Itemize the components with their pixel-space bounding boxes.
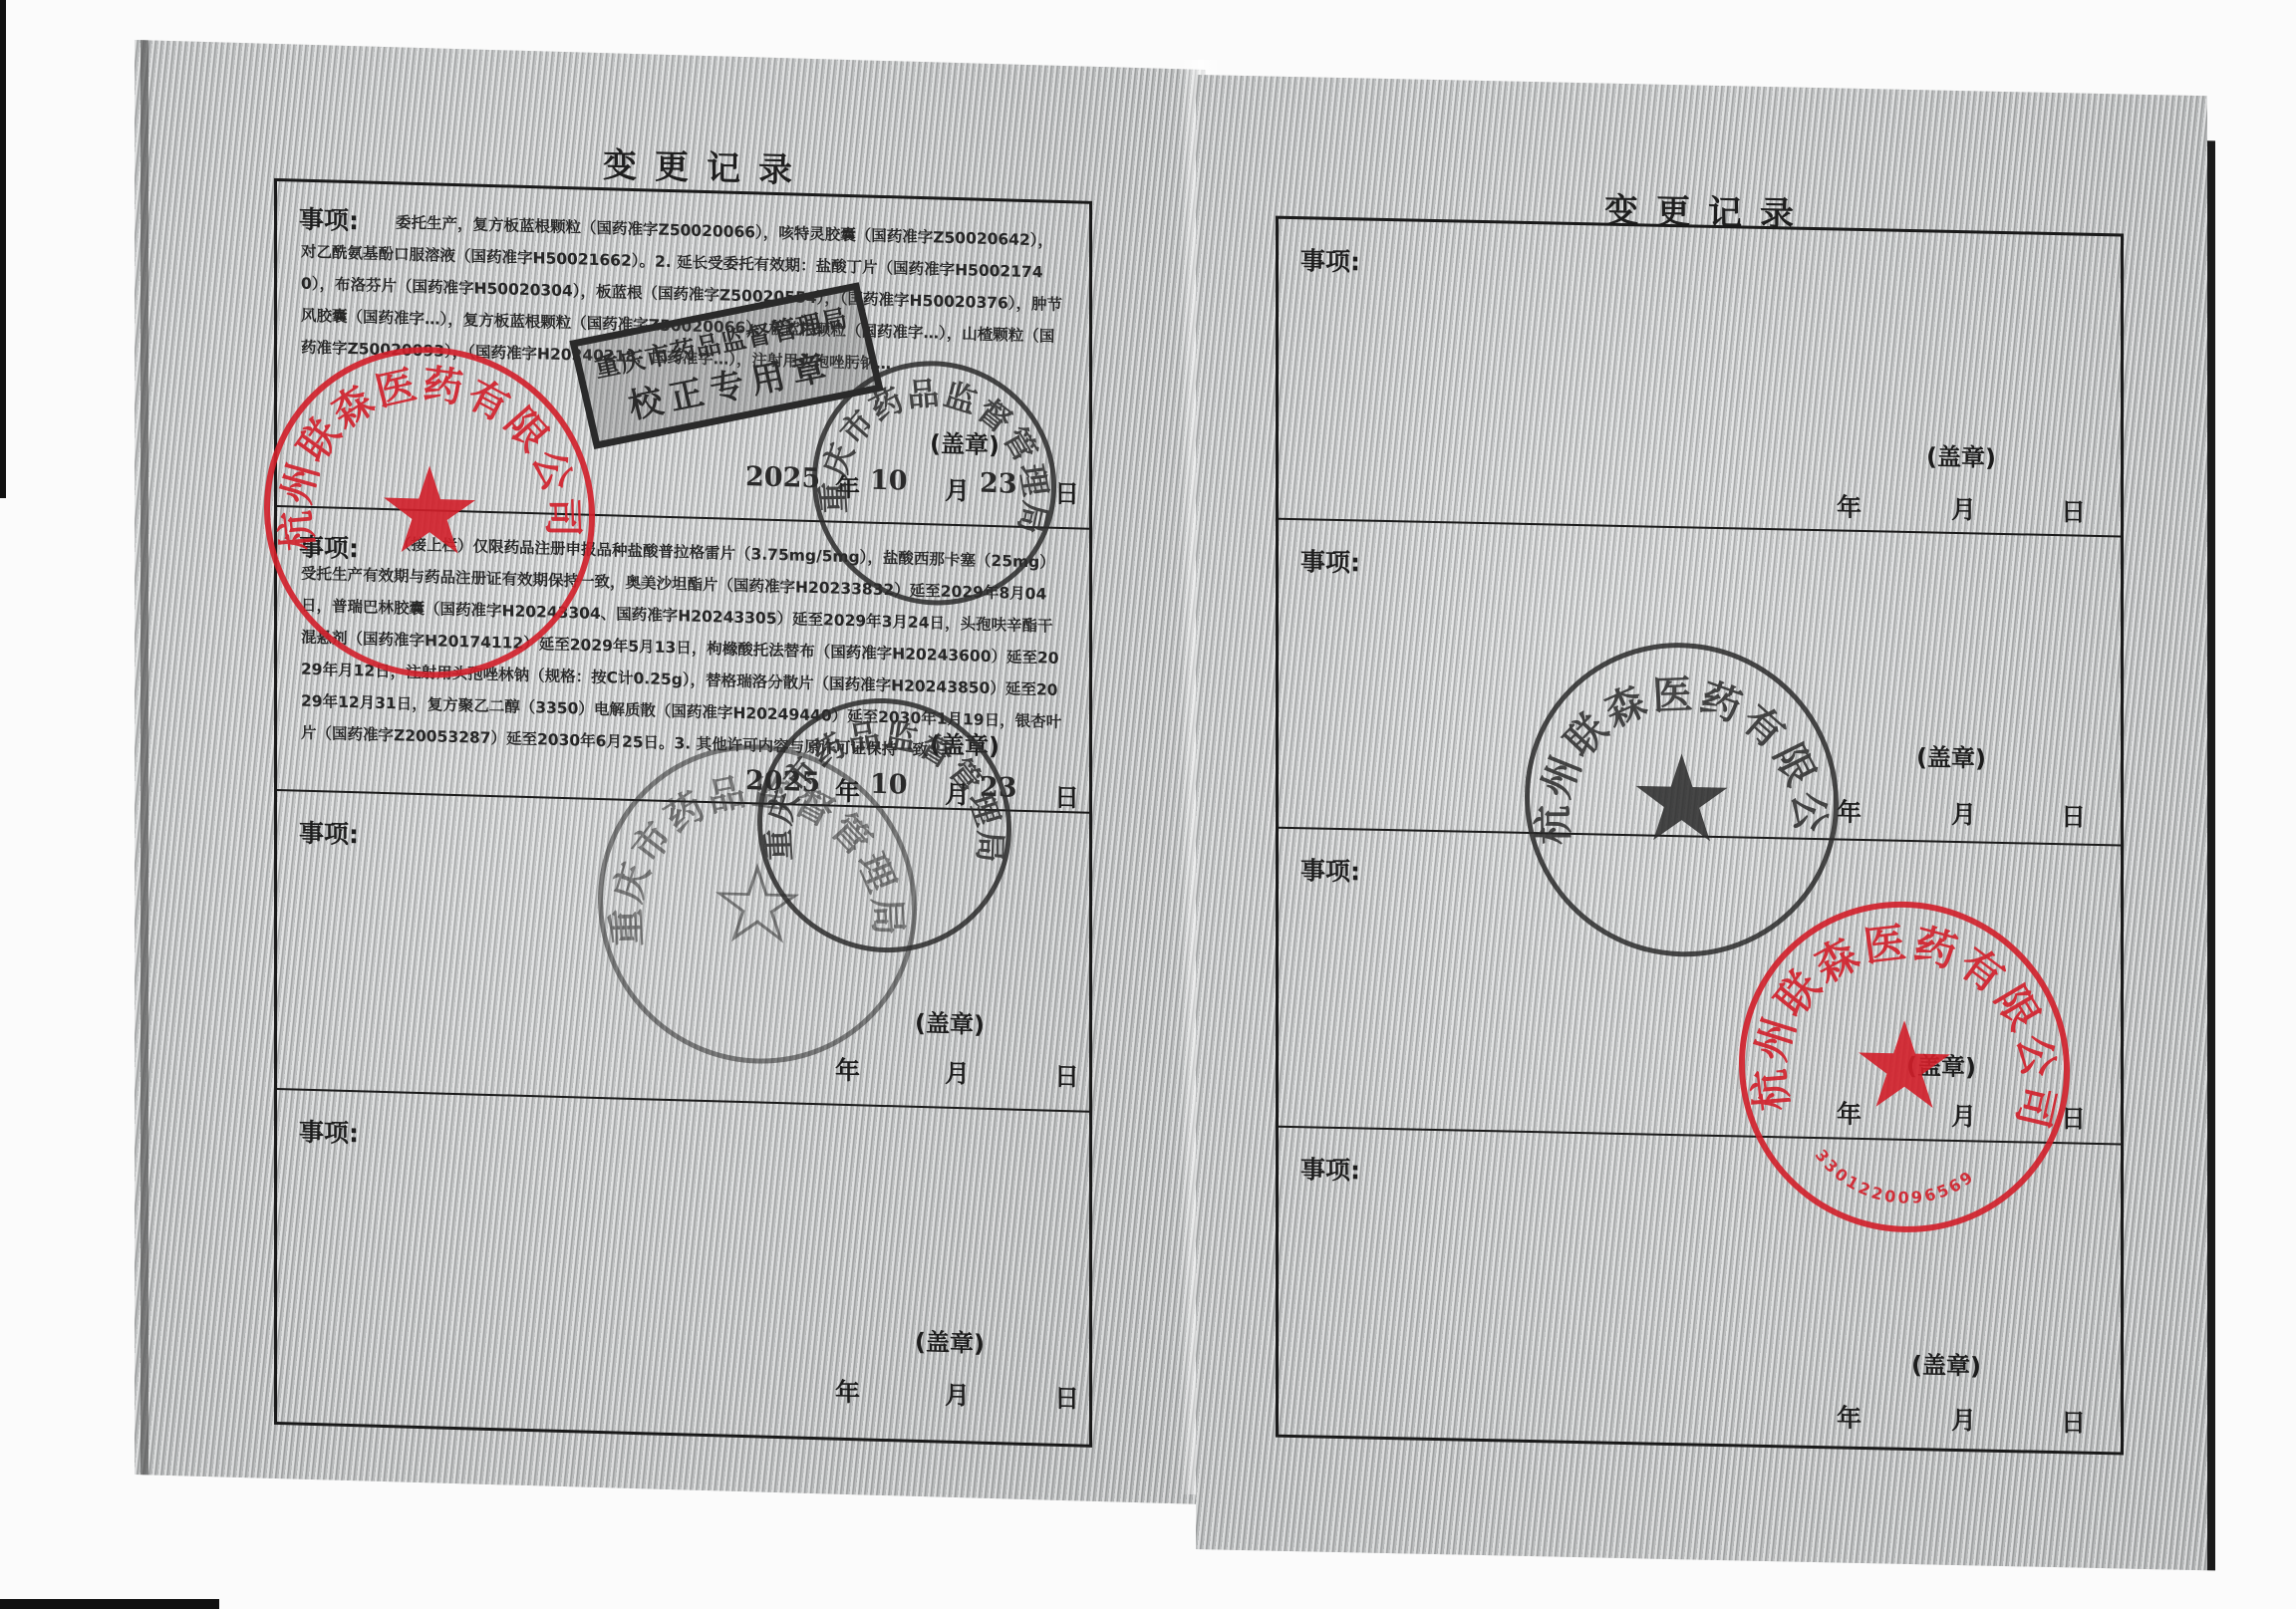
company-seal-red: 杭州联森医药有限公司 ★ — [264, 343, 595, 682]
seal-label: (盖章) — [915, 1322, 985, 1359]
item-label: 事项: — [1300, 851, 1360, 888]
date-line: 年 月 日 — [1837, 1398, 2096, 1403]
svg-text:3301220096569: 3301220096569 — [1812, 1146, 1979, 1209]
item-label: 事项: — [1300, 1150, 1360, 1187]
authority-seal: 重庆市药品监督管理局 — [757, 694, 1011, 955]
star-icon: ★ — [376, 451, 483, 574]
entry-row-1: 事项: (盖章) 年 月 日 — [1279, 219, 2121, 536]
seal-label: (盖章) — [915, 1003, 985, 1040]
page-title: 变更记录 — [603, 137, 810, 192]
authority-seal: 重庆市药品监督管理局 — [812, 358, 1056, 609]
seal-label: (盖章) — [1916, 737, 1986, 773]
left-page: 变更记录 事项: 委托生产，复方板蓝根颗粒（国药准字Z50020066），咳特灵… — [135, 40, 1206, 1504]
date-line: 年 月 日 — [1837, 487, 2096, 492]
item-label: 事项: — [1300, 241, 1360, 278]
scan-edge — [0, 1599, 219, 1609]
seal-label: (盖章) — [1926, 436, 1996, 472]
date-year: 2025 — [745, 461, 820, 494]
star-icon: ★ — [1628, 739, 1736, 861]
star-icon: ★ — [1851, 1006, 1958, 1128]
svg-text:重庆市药品监督管理局: 重庆市药品监督管理局 — [762, 712, 1006, 869]
item-label: 事项: — [299, 1113, 359, 1151]
company-seal-red: 杭州联森医药有限公司 3301220096569 ★ — [1739, 898, 2070, 1235]
item-label: 事项: — [1300, 542, 1360, 579]
scan-edge — [0, 0, 6, 498]
svg-text:重庆市药品监督管理局: 重庆市药品监督管理局 — [817, 371, 1051, 540]
entry-row-4: 事项: (盖章) 年 月 日 — [277, 1088, 1089, 1447]
right-page: 变更记录 事项: (盖章) 年 月 日 事项: (盖章) 年 月 日 事项: (… — [1196, 75, 2207, 1570]
seal-label: (盖章) — [1911, 1345, 1981, 1381]
item-label: 事项: — [299, 814, 359, 852]
date-line: 年 月 日 — [1837, 792, 2096, 797]
date-line: 年 月 日 — [835, 1373, 1084, 1380]
